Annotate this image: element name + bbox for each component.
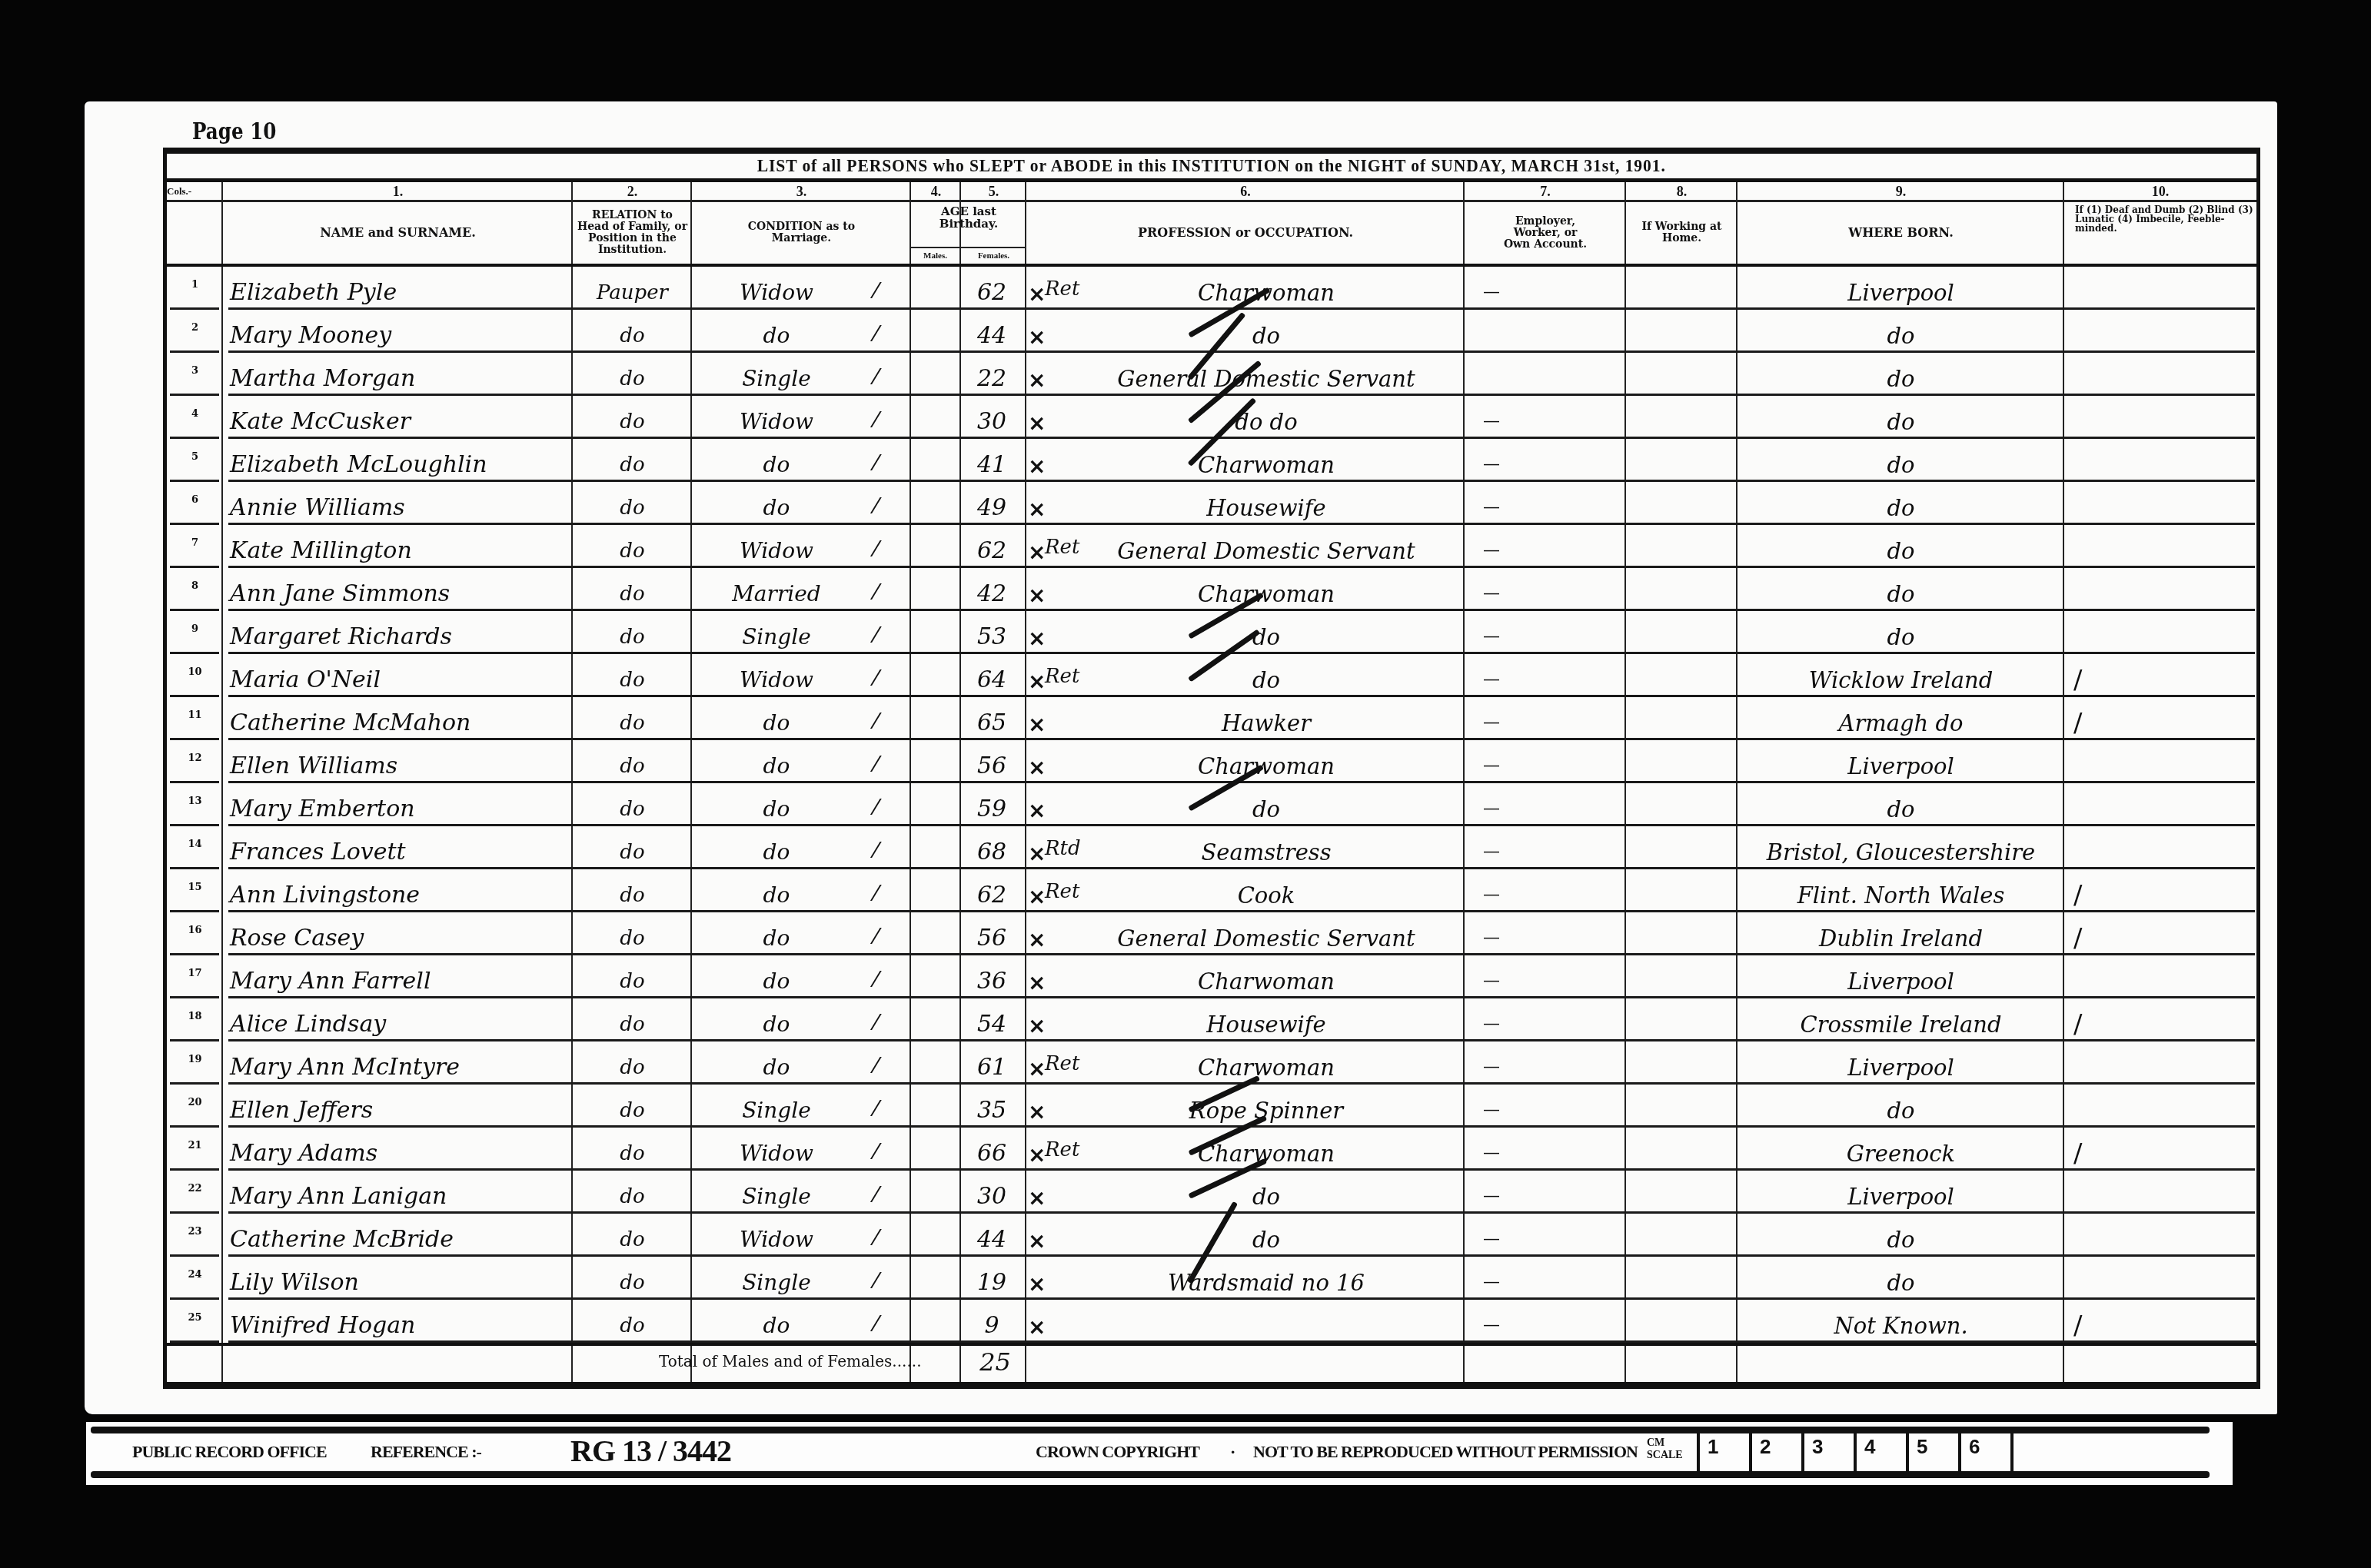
name-cell: Elizabeth McLoughlin	[230, 451, 568, 479]
age-female-cell: 35	[961, 1097, 1023, 1125]
where-born-cell: do	[1738, 408, 2064, 436]
tick-mark: ⁄	[874, 450, 878, 476]
age-female-cell: 62	[961, 279, 1023, 307]
employer-cell: —	[1483, 1011, 1529, 1038]
relation-cell: do	[573, 1226, 692, 1254]
relation-cell: do	[573, 537, 692, 565]
name-cell: Elizabeth Pyle	[230, 279, 568, 307]
relation-cell: do	[573, 580, 692, 608]
where-born-cell: Crossmile Ireland	[1738, 1011, 2064, 1038]
table-row: 7 Kate Millington do Widow ⁄ 62 × Ret Ge…	[167, 525, 2256, 568]
tick-mark: ⁄	[874, 407, 878, 433]
occupation-cell: Charwoman	[1089, 752, 1443, 780]
occupation-cell: do	[1089, 623, 1443, 651]
condition-cell: Single	[692, 1097, 861, 1125]
cross-mark: ×	[1028, 1271, 1046, 1297]
row-number: 17	[167, 960, 223, 988]
cross-mark: ×	[1028, 1185, 1046, 1211]
total-row: Total of Males and of Females...... 25	[167, 1343, 2256, 1383]
where-born-cell: Liverpool	[1738, 1054, 2064, 1081]
age-female-cell: 9	[961, 1312, 1023, 1340]
header-age: AGE last Birthday. Males. Females.	[911, 202, 1026, 267]
table-row: 20 Ellen Jeffers do Single ⁄ 35 × Rope S…	[167, 1085, 2256, 1128]
condition-cell: Widow	[692, 1226, 861, 1254]
employer-cell: —	[1483, 580, 1529, 608]
cross-mark: ×	[1028, 583, 1046, 608]
age-female-cell: 42	[961, 580, 1023, 608]
name-cell: Martha Morgan	[230, 365, 568, 393]
relation-cell: Pauper	[573, 279, 692, 307]
where-born-cell: do	[1738, 1226, 2064, 1254]
colnum-6: 6.	[1026, 182, 1465, 202]
name-cell: Catherine McBride	[230, 1226, 568, 1254]
infirmity-cell: /	[2073, 925, 2104, 952]
row-number: 5	[167, 443, 223, 471]
where-born-cell: Armagh do	[1738, 709, 2064, 737]
employer-cell: —	[1483, 494, 1529, 522]
header-working-home: If Working at Home.	[1626, 202, 1738, 267]
relation-cell: do	[573, 709, 692, 737]
footer-notice: NOT TO BE REPRODUCED WITHOUT PERMISSION	[1253, 1442, 1638, 1462]
condition-cell: do	[692, 1054, 861, 1081]
table-row: 3 Martha Morgan do Single ⁄ 22 × General…	[167, 353, 2256, 396]
header-employer: Employer, Worker, or Own Account.	[1465, 202, 1626, 267]
cross-mark: ×	[1028, 1013, 1046, 1038]
relation-cell: do	[573, 1011, 692, 1038]
relation-cell: do	[573, 623, 692, 651]
age-female-cell: 30	[961, 408, 1023, 436]
where-born-cell: Not Known.	[1738, 1312, 2064, 1340]
tick-mark: ⁄	[874, 1096, 878, 1121]
tick-mark: ⁄	[874, 1010, 878, 1035]
name-cell: Rose Casey	[230, 925, 568, 952]
footer-copyright: CROWN COPYRIGHT	[1036, 1442, 1199, 1462]
cross-mark: ×	[1028, 410, 1046, 436]
row-number: 20	[167, 1089, 223, 1117]
age-female-cell: 56	[961, 925, 1023, 952]
occupation-cell: General Domestic Servant	[1089, 925, 1443, 952]
cross-mark: ×	[1028, 1056, 1046, 1081]
row-number: 10	[167, 659, 223, 686]
relation-cell: do	[573, 882, 692, 909]
condition-cell: do	[692, 451, 861, 479]
tick-mark: ⁄	[874, 623, 878, 648]
row-number: 14	[167, 831, 223, 859]
age-female-cell: 68	[961, 839, 1023, 866]
name-cell: Mary Ann McIntyre	[230, 1054, 568, 1081]
name-cell: Kate Millington	[230, 537, 568, 565]
name-cell: Mary Mooney	[230, 322, 568, 350]
relation-cell: do	[573, 1183, 692, 1211]
row-number: 4	[167, 400, 223, 428]
row-number: 24	[167, 1261, 223, 1289]
infirmity-cell: /	[2073, 1140, 2104, 1168]
occupation-cell: Charwoman	[1089, 1054, 1443, 1081]
row-number: 22	[167, 1175, 223, 1203]
occupation-cell: do do	[1089, 408, 1443, 436]
employer-cell: —	[1483, 1140, 1529, 1168]
cross-mark: ×	[1028, 540, 1046, 565]
table-row: 13 Mary Emberton do do ⁄ 59 × do — do	[167, 783, 2256, 826]
row-number: 19	[167, 1046, 223, 1074]
employer-cell: —	[1483, 537, 1529, 565]
occupation-cell: Charwoman	[1089, 968, 1443, 995]
condition-cell: do	[692, 968, 861, 995]
name-cell: Ellen Williams	[230, 752, 568, 780]
infirmity-cell: /	[2073, 882, 2104, 909]
page-number: Page 10	[192, 118, 276, 145]
table-row: 15 Ann Livingstone do do ⁄ 62 × Ret Cook…	[167, 869, 2256, 912]
relation-cell: do	[573, 494, 692, 522]
occupation-cell: Charwoman	[1089, 580, 1443, 608]
age-female-cell: 61	[961, 1054, 1023, 1081]
where-born-cell: Dublin Ireland	[1738, 925, 2064, 952]
occupation-cell: Charwoman	[1089, 451, 1443, 479]
name-cell: Winifred Hogan	[230, 1312, 568, 1340]
cross-mark: ×	[1028, 970, 1046, 995]
occupation-cell: do	[1089, 1183, 1443, 1211]
form-title-text: LIST of all PERSONS who SLEPT or ABODE i…	[757, 154, 1666, 178]
name-cell: Margaret Richards	[230, 623, 568, 651]
where-born-cell: do	[1738, 1269, 2064, 1297]
infirmity-cell: /	[2073, 666, 2104, 694]
footer-reference: RG 13 / 3442	[570, 1433, 731, 1469]
age-female-cell: 22	[961, 365, 1023, 393]
where-born-cell: do	[1738, 1097, 2064, 1125]
age-female-cell: 19	[961, 1269, 1023, 1297]
colnum-8: 8.	[1626, 182, 1738, 202]
occupation-cell: do	[1089, 796, 1443, 823]
tick-mark: ⁄	[874, 1225, 878, 1251]
employer-cell: —	[1483, 1269, 1529, 1297]
occupation-annotation: Ret	[1045, 277, 1079, 301]
colnum-cols: Cols.-	[167, 182, 223, 202]
table-row: 22 Mary Ann Lanigan do Single ⁄ 30 × do …	[167, 1171, 2256, 1214]
archive-footer: PUBLIC RECORD OFFICE REFERENCE :- RG 13 …	[86, 1422, 2233, 1485]
census-page: Page 10 LIST of all PERSONS who SLEPT or…	[85, 101, 2277, 1414]
infirmity-cell: /	[2073, 709, 2104, 737]
occupation-cell: Charwoman	[1089, 1140, 1443, 1168]
occupation-cell: Wardsmaid no 16	[1089, 1269, 1443, 1297]
total-females: 25	[963, 1347, 1028, 1377]
condition-cell: do	[692, 494, 861, 522]
tick-mark: ⁄	[874, 537, 878, 562]
where-born-cell: Greenock	[1738, 1140, 2064, 1168]
condition-cell: do	[692, 796, 861, 823]
header-name: NAME and SURNAME.	[223, 202, 573, 267]
where-born-cell: do	[1738, 365, 2064, 393]
table-row: 4 Kate McCusker do Widow ⁄ 30 × do do — …	[167, 396, 2256, 439]
occupation-annotation: Ret	[1045, 665, 1079, 688]
header-occupation: PROFESSION or OCCUPATION.	[1026, 202, 1465, 267]
occupation-annotation: Rtd	[1045, 837, 1081, 860]
condition-cell: Widow	[692, 537, 861, 565]
header-where-born: WHERE BORN.	[1738, 202, 2064, 267]
relation-cell: do	[573, 322, 692, 350]
census-form: LIST of all PERSONS who SLEPT or ABODE i…	[163, 148, 2260, 1384]
colnum-1: 1.	[223, 182, 573, 202]
where-born-cell: do	[1738, 623, 2064, 651]
table-row: 19 Mary Ann McIntyre do do ⁄ 61 × Ret Ch…	[167, 1041, 2256, 1085]
table-row: 18 Alice Lindsay do do ⁄ 54 × Housewife …	[167, 998, 2256, 1041]
condition-cell: Widow	[692, 408, 861, 436]
occupation-cell: Hawker	[1089, 709, 1443, 737]
cross-mark: ×	[1028, 324, 1046, 350]
condition-cell: Single	[692, 623, 861, 651]
cross-mark: ×	[1028, 1314, 1046, 1340]
name-cell: Maria O'Neil	[230, 666, 568, 694]
where-born-cell: do	[1738, 451, 2064, 479]
age-female-cell: 44	[961, 322, 1023, 350]
condition-cell: do	[692, 882, 861, 909]
cross-mark: ×	[1028, 1099, 1046, 1125]
relation-cell: do	[573, 839, 692, 866]
header-relation: RELATION to Head of Family, or Position …	[573, 202, 692, 267]
table-row: 24 Lily Wilson do Single ⁄ 19 × Wardsmai…	[167, 1257, 2256, 1300]
where-born-cell: Liverpool	[1738, 279, 2064, 307]
name-cell: Ann Livingstone	[230, 882, 568, 909]
relation-cell: do	[573, 925, 692, 952]
occupation-cell: do	[1089, 322, 1443, 350]
row-number: 15	[167, 874, 223, 902]
where-born-cell: Liverpool	[1738, 1183, 2064, 1211]
employer-cell: —	[1483, 623, 1529, 651]
cross-mark: ×	[1028, 841, 1046, 866]
row-number: 16	[167, 917, 223, 945]
row-number: 1	[167, 271, 223, 299]
table-row: 5 Elizabeth McLoughlin do do ⁄ 41 × Char…	[167, 439, 2256, 482]
scale-mark: 3	[1801, 1433, 1854, 1476]
occupation-cell: Seamstress	[1089, 839, 1443, 866]
occupation-cell: do	[1089, 666, 1443, 694]
condition-cell: Widow	[692, 666, 861, 694]
where-born-cell: do	[1738, 796, 2064, 823]
table-row: 14 Frances Lovett do do ⁄ 68 × Rtd Seams…	[167, 826, 2256, 869]
relation-cell: do	[573, 666, 692, 694]
occupation-cell: Rope Spinner	[1089, 1097, 1443, 1125]
footer-separator: ·	[1230, 1442, 1235, 1462]
header-age-females: Females.	[961, 247, 1026, 264]
occupation-cell: Cook	[1089, 882, 1443, 909]
table-row: 23 Catherine McBride do Widow ⁄ 44 × do …	[167, 1214, 2256, 1257]
footer-office: PUBLIC RECORD OFFICE	[132, 1442, 327, 1462]
name-cell: Mary Ann Lanigan	[230, 1183, 568, 1211]
row-number: 2	[167, 314, 223, 342]
employer-cell: —	[1483, 666, 1529, 694]
row-number: 9	[167, 616, 223, 643]
where-born-cell: Flint. North Wales	[1738, 882, 2064, 909]
cross-mark: ×	[1028, 712, 1046, 737]
where-born-cell: do	[1738, 494, 2064, 522]
scale-label-cm: CM	[1647, 1437, 1683, 1450]
name-cell: Kate McCusker	[230, 408, 568, 436]
table-row: 12 Ellen Williams do do ⁄ 56 × Charwoman…	[167, 740, 2256, 783]
header-blank	[167, 202, 223, 267]
row-number: 7	[167, 530, 223, 557]
cross-mark: ×	[1028, 1228, 1046, 1254]
relation-cell: do	[573, 451, 692, 479]
colnum-7: 7.	[1465, 182, 1626, 202]
colnum-3: 3.	[692, 182, 911, 202]
relation-cell: do	[573, 365, 692, 393]
row-number: 11	[167, 702, 223, 729]
relation-cell: do	[573, 1097, 692, 1125]
form-bottom-rule	[163, 1382, 2260, 1389]
relation-cell: do	[573, 1269, 692, 1297]
table-row: 17 Mary Ann Farrell do do ⁄ 36 × Charwom…	[167, 955, 2256, 998]
age-female-cell: 66	[961, 1140, 1023, 1168]
scale-end	[2010, 1433, 2126, 1476]
table-row: 21 Mary Adams do Widow ⁄ 66 × Ret Charwo…	[167, 1128, 2256, 1171]
colnum-5: 5.	[961, 182, 1026, 202]
row-number: 6	[167, 487, 223, 514]
total-label: Total of Males and of Females......	[659, 1352, 922, 1370]
table-row: 9 Margaret Richards do Single ⁄ 53 × do …	[167, 611, 2256, 654]
condition-cell: do	[692, 322, 861, 350]
occupation-cell: General Domestic Servant	[1089, 537, 1443, 565]
condition-cell: do	[692, 709, 861, 737]
condition-cell: Single	[692, 1183, 861, 1211]
row-number: 12	[167, 745, 223, 772]
infirmity-cell: /	[2073, 1011, 2104, 1038]
relation-cell: do	[573, 752, 692, 780]
tick-mark: ⁄	[874, 752, 878, 777]
tick-mark: ⁄	[874, 1053, 878, 1078]
condition-cell: Widow	[692, 279, 861, 307]
relation-cell: do	[573, 796, 692, 823]
name-cell: Lily Wilson	[230, 1269, 568, 1297]
cross-mark: ×	[1028, 1142, 1046, 1168]
tick-mark: ⁄	[874, 881, 878, 906]
age-female-cell: 30	[961, 1183, 1023, 1211]
name-cell: Alice Lindsay	[230, 1011, 568, 1038]
scale-label: CM SCALE	[1647, 1437, 1683, 1462]
name-cell: Catherine McMahon	[230, 709, 568, 737]
table-row: 1 Elizabeth Pyle Pauper Widow ⁄ 62 × Ret…	[167, 267, 2256, 310]
row-number: 8	[167, 573, 223, 600]
age-female-cell: 49	[961, 494, 1023, 522]
where-born-cell: Wicklow Ireland	[1738, 666, 2064, 694]
tick-mark: ⁄	[874, 1139, 878, 1164]
row-number: 13	[167, 788, 223, 816]
cross-mark: ×	[1028, 626, 1046, 651]
occupation-annotation: Ret	[1045, 1138, 1079, 1161]
employer-cell: —	[1483, 1097, 1529, 1125]
age-female-cell: 44	[961, 1226, 1023, 1254]
cross-mark: ×	[1028, 927, 1046, 952]
employer-cell: —	[1483, 752, 1529, 780]
condition-cell: do	[692, 1312, 861, 1340]
where-born-cell: Liverpool	[1738, 752, 2064, 780]
scale-mark: 5	[1906, 1433, 1958, 1476]
row-number: 25	[167, 1304, 223, 1332]
condition-cell: do	[692, 925, 861, 952]
condition-cell: do	[692, 839, 861, 866]
employer-cell: —	[1483, 925, 1529, 952]
age-female-cell: 53	[961, 623, 1023, 651]
occupation-annotation: Ret	[1045, 1052, 1079, 1075]
age-female-cell: 62	[961, 537, 1023, 565]
employer-cell: —	[1483, 1183, 1529, 1211]
name-cell: Ellen Jeffers	[230, 1097, 568, 1125]
row-number: 21	[167, 1132, 223, 1160]
where-born-cell: Liverpool	[1738, 968, 2064, 995]
condition-cell: do	[692, 1011, 861, 1038]
cross-mark: ×	[1028, 884, 1046, 909]
employer-cell: —	[1483, 451, 1529, 479]
employer-cell: —	[1483, 968, 1529, 995]
scale-label-scale: SCALE	[1647, 1450, 1683, 1462]
occupation-cell: do	[1089, 1226, 1443, 1254]
employer-cell: —	[1483, 882, 1529, 909]
cross-mark: ×	[1028, 453, 1046, 479]
occupation-cell: Housewife	[1089, 1011, 1443, 1038]
age-female-cell: 64	[961, 666, 1023, 694]
cross-mark: ×	[1028, 755, 1046, 780]
cross-mark: ×	[1028, 367, 1046, 393]
colnum-9: 9.	[1738, 182, 2064, 202]
relation-cell: do	[573, 1054, 692, 1081]
employer-cell: —	[1483, 839, 1529, 866]
age-female-cell: 59	[961, 796, 1023, 823]
condition-cell: Married	[692, 580, 861, 608]
name-cell: Mary Emberton	[230, 796, 568, 823]
employer-cell: —	[1483, 1312, 1529, 1340]
relation-cell: do	[573, 968, 692, 995]
row-number: 23	[167, 1218, 223, 1246]
age-female-cell: 56	[961, 752, 1023, 780]
condition-cell: do	[692, 752, 861, 780]
tick-mark: ⁄	[874, 493, 878, 519]
employer-cell: —	[1483, 408, 1529, 436]
tick-mark: ⁄	[874, 709, 878, 734]
age-female-cell: 62	[961, 882, 1023, 909]
table-row: 6 Annie Williams do do ⁄ 49 × Housewife …	[167, 482, 2256, 525]
table-row: 11 Catherine McMahon do do ⁄ 65 × Hawker…	[167, 697, 2256, 740]
relation-cell: do	[573, 1312, 692, 1340]
relation-cell: do	[573, 408, 692, 436]
tick-mark: ⁄	[874, 278, 878, 304]
colnum-2: 2.	[573, 182, 692, 202]
footer-reference-label: REFERENCE :-	[371, 1442, 481, 1462]
table-row: 25 Winifred Hogan do do ⁄ 9 × — Not Know…	[167, 1300, 2256, 1343]
scale-mark: 2	[1749, 1433, 1801, 1476]
tick-mark: ⁄	[874, 924, 878, 949]
table-row: 16 Rose Casey do do ⁄ 56 × General Domes…	[167, 912, 2256, 955]
cross-mark: ×	[1028, 281, 1046, 307]
header-age-label: AGE last Birthday.	[911, 205, 1026, 230]
cross-mark: ×	[1028, 497, 1046, 522]
where-born-cell: do	[1738, 537, 2064, 565]
occupation-annotation: Ret	[1045, 880, 1079, 903]
where-born-cell: Bristol, Gloucestershire	[1738, 839, 2064, 866]
name-cell: Ann Jane Simmons	[230, 580, 568, 608]
tick-mark: ⁄	[874, 666, 878, 691]
tick-mark: ⁄	[874, 967, 878, 992]
tick-mark: ⁄	[874, 1268, 878, 1294]
age-female-cell: 54	[961, 1011, 1023, 1038]
cross-mark: ×	[1028, 669, 1046, 694]
header-condition: CONDITION as to Marriage.	[692, 202, 911, 267]
header-infirmity: If (1) Deaf and Dumb (2) Blind (3) Lunat…	[2064, 202, 2256, 267]
tick-mark: ⁄	[874, 838, 878, 863]
row-number: 18	[167, 1003, 223, 1031]
condition-cell: Single	[692, 1269, 861, 1297]
condition-cell: Widow	[692, 1140, 861, 1168]
colnum-10: 10.	[2064, 182, 2256, 202]
scale-mark: 1	[1697, 1433, 1749, 1476]
relation-cell: do	[573, 1140, 692, 1168]
